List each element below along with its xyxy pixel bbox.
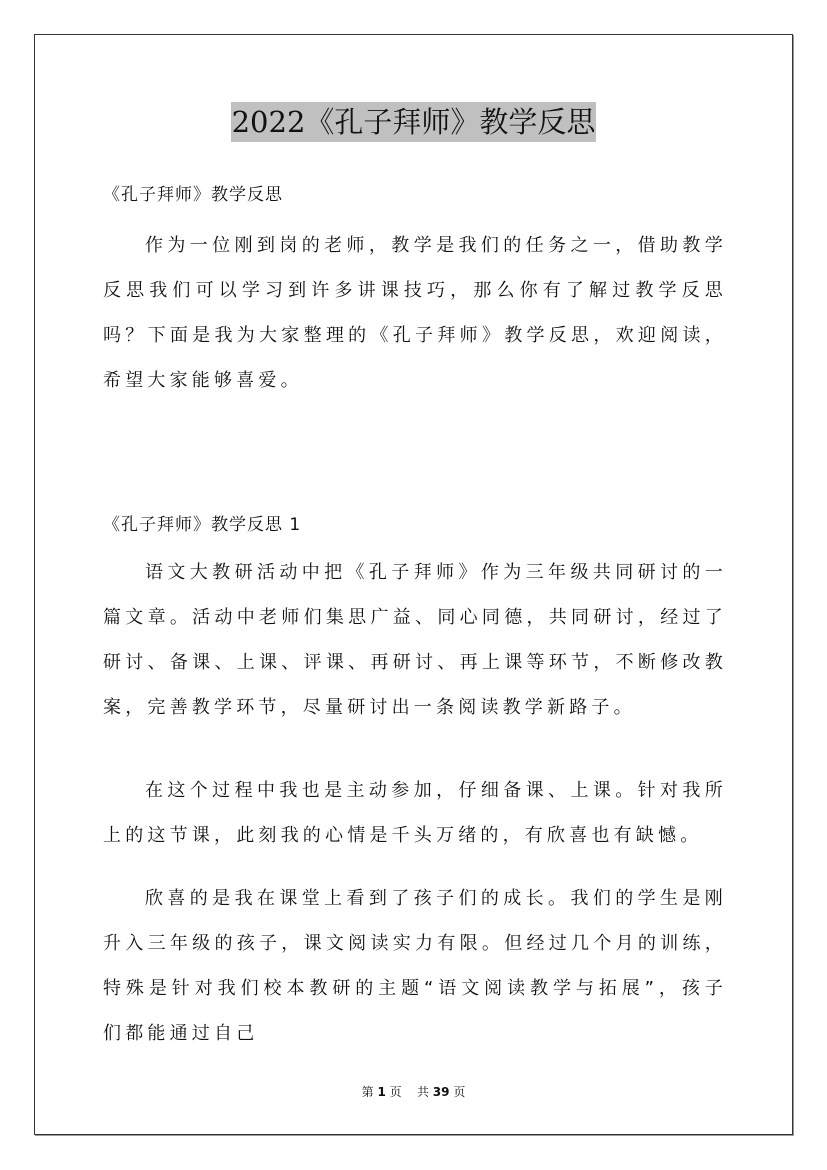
document-title: 2022《孔子拜师》教学反思 — [231, 102, 597, 142]
page-total: 39 — [433, 1085, 450, 1099]
body-paragraph-1: 语文大教研活动中把《孔子拜师》作为三年级共同研讨的一篇文章。活动中老师们集思广益… — [103, 550, 727, 730]
intro-paragraph: 作为一位刚到岗的老师，教学是我们的任务之一，借助教学反思我们可以学习到许多讲课技… — [103, 223, 727, 403]
body-paragraph-3: 欣喜的是我在课堂上看到了孩子们的成长。我们的学生是刚升入三年级的孩子，课文阅读实… — [103, 876, 727, 1056]
body-paragraph-2: 在这个过程中我也是主动参加，仔细备课、上课。针对我所上的这节课，此刻我的心情是千… — [103, 768, 727, 858]
page-suffix: 页 — [390, 1085, 402, 1099]
page-footer: 第 1 页 共 39 页 — [0, 1083, 827, 1100]
page-prefix: 第 — [362, 1085, 374, 1099]
total-prefix: 共 — [417, 1085, 429, 1099]
total-suffix: 页 — [453, 1085, 465, 1099]
document-subtitle: 《孔子拜师》教学反思 — [103, 180, 727, 205]
page-current: 1 — [377, 1085, 385, 1099]
section-heading: 《孔子拜师》教学反思 1 — [103, 510, 727, 535]
title-container: 2022《孔子拜师》教学反思 — [0, 102, 827, 142]
